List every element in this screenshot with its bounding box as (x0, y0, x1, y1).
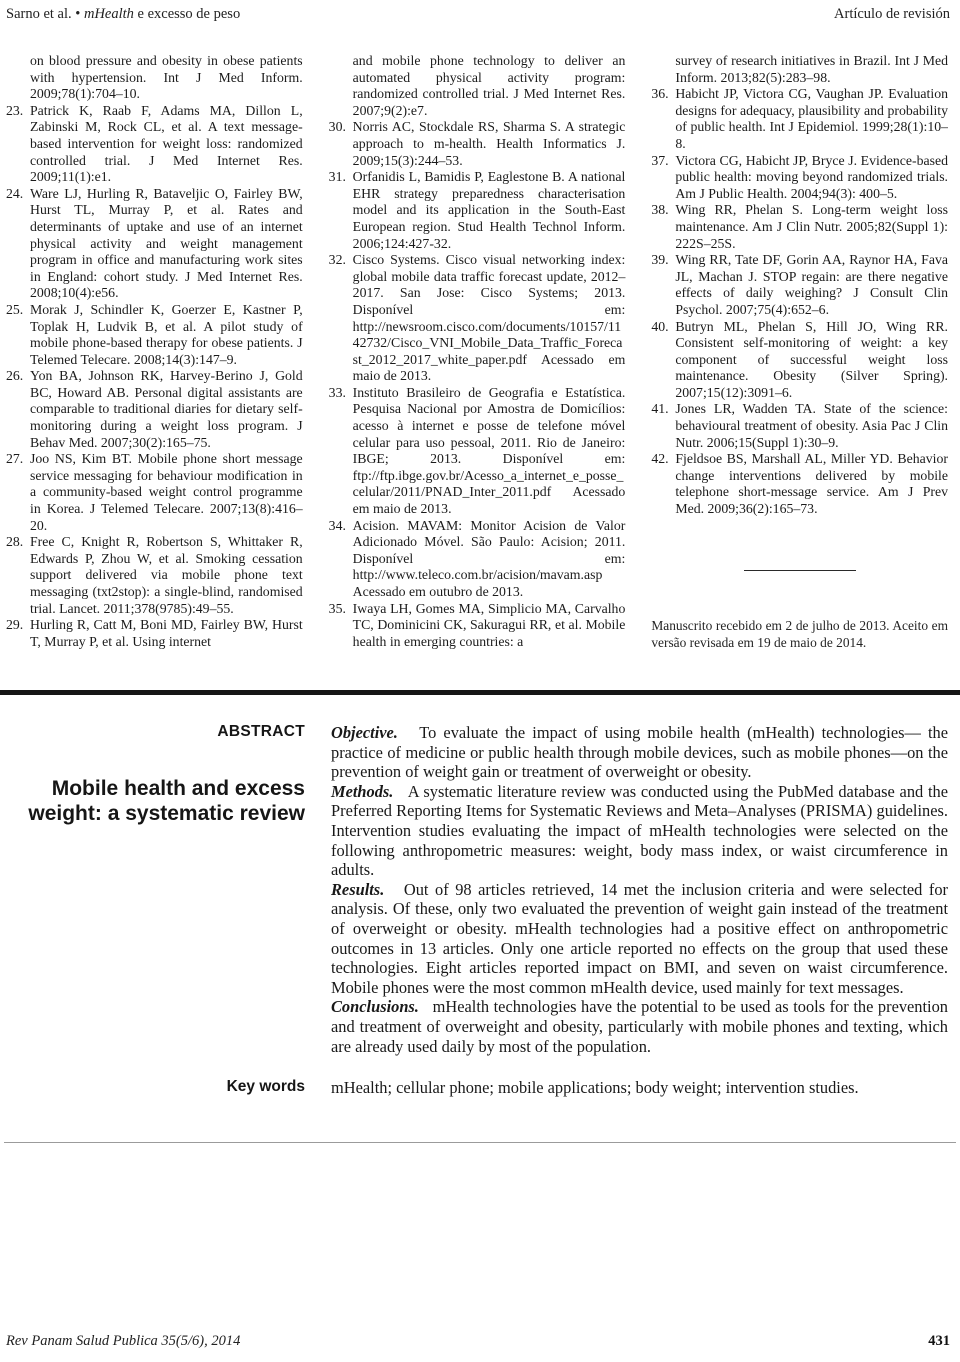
reference-number: 25. (6, 302, 30, 368)
paragraph-lead: Objective. (331, 723, 419, 742)
references-column-2: and mobile phone technology to deliver a… (329, 53, 626, 687)
reference-text: Ware LJ, Hurling R, Bataveljic O, Fairle… (30, 186, 303, 302)
section-divider-bar (0, 690, 960, 695)
reference-text: Free C, Knight R, Robertson S, Whittaker… (30, 534, 303, 617)
references-column-3: survey of research initiatives in Brazil… (651, 53, 948, 687)
reference-item: 26. Yon BA, Johnson RK, Harvey-Berino J,… (6, 368, 303, 451)
running-head-authors: Sarno et al. • (6, 6, 84, 22)
reference-list-1: 23. Patrick K, Raab F, Adams MA, Dillon … (6, 103, 303, 651)
reference-number: 35. (329, 601, 353, 651)
reference-number: 32. (329, 252, 353, 385)
reference-text: Patrick K, Raab F, Adams MA, Dillon L, Z… (30, 103, 303, 186)
reference-text: Cisco Systems. Cisco visual networking i… (353, 252, 626, 385)
references-section: on blood pressure and obesity in obese p… (6, 53, 948, 687)
reference-list-3: 36. Habicht JP, Victora CG, Vaughan JP. … (651, 86, 948, 517)
reference-text: Jones LR, Wadden TA. State of the scienc… (675, 401, 948, 451)
reference-continuation: on blood pressure and obesity in obese p… (30, 53, 303, 103)
reference-item: 39. Wing RR, Tate DF, Gorin AA, Raynor H… (651, 252, 948, 318)
reference-number: 40. (651, 319, 675, 402)
reference-number: 34. (329, 518, 353, 601)
abstract-left-column: ABSTRACT Mobile health and excess weight… (6, 723, 305, 1056)
reference-text: Acision. MAVAM: Monitor Acision de Valor… (353, 518, 626, 601)
footer-page-number: 431 (928, 1333, 950, 1350)
running-head-left: Sarno et al. • mHealth e excesso de peso (6, 6, 240, 23)
abstract-paragraph: Conclusions.mHealth technologies have th… (331, 997, 948, 1056)
reference-item: 28. Free C, Knight R, Robertson S, Whitt… (6, 534, 303, 617)
reference-number: 28. (6, 534, 30, 617)
abstract-label: ABSTRACT (6, 723, 305, 741)
reference-item: 29. Hurling R, Catt M, Boni MD, Fairley … (6, 617, 303, 650)
reference-number: 27. (6, 451, 30, 534)
reference-list-2: 30. Norris AC, Stockdale RS, Sharma S. A… (329, 119, 626, 650)
reference-continuation: and mobile phone technology to deliver a… (353, 53, 626, 119)
paragraph-lead: Results. (331, 880, 404, 899)
note-divider (744, 570, 856, 571)
reference-number: 26. (6, 368, 30, 451)
reference-item: 32. Cisco Systems. Cisco visual networki… (329, 252, 626, 385)
article-title-english: Mobile health and excess weight: a syste… (6, 776, 305, 826)
reference-number: 37. (651, 153, 675, 203)
reference-text: Victora CG, Habicht JP, Bryce J. Evidenc… (675, 153, 948, 203)
reference-item: 41. Jones LR, Wadden TA. State of the sc… (651, 401, 948, 451)
paragraph-text: To evaluate the impact of using mobile h… (331, 723, 948, 781)
reference-number: 42. (651, 451, 675, 517)
reference-item: 24. Ware LJ, Hurling R, Bataveljic O, Fa… (6, 186, 303, 302)
paragraph-text: A systematic literature review was condu… (331, 782, 948, 879)
keywords-text: mHealth; cellular phone; mobile applicat… (331, 1078, 948, 1098)
abstract-body: Objective.To evaluate the impact of usin… (331, 723, 948, 1056)
reference-number: 39. (651, 252, 675, 318)
footer-divider (4, 1142, 956, 1143)
article-title-line2: weight: a systematic review (6, 801, 305, 826)
reference-text: Norris AC, Stockdale RS, Sharma S. A str… (353, 119, 626, 169)
reference-number: 33. (329, 385, 353, 518)
reference-number: 24. (6, 186, 30, 302)
reference-text: Habicht JP, Victora CG, Vaughan JP. Eval… (675, 86, 948, 152)
paragraph-text: Out of 98 articles retrieved, 14 met the… (331, 880, 948, 997)
reference-item: 34. Acision. MAVAM: Monitor Acision de V… (329, 518, 626, 601)
reference-item: 42. Fjeldsoe BS, Marshall AL, Miller YD.… (651, 451, 948, 517)
reference-text: Joo NS, Kim BT. Mobile phone short messa… (30, 451, 303, 534)
reference-text: Wing RR, Phelan S. Long-term weight loss… (675, 202, 948, 252)
reference-text: Orfanidis L, Bamidis P, Eaglestone B. A … (353, 169, 626, 252)
reference-text: Instituto Brasileiro de Geografia e Esta… (353, 385, 626, 518)
reference-item: 25. Morak J, Schindler K, Goerzer E, Kas… (6, 302, 303, 368)
abstract-paragraph: Results.Out of 98 articles retrieved, 14… (331, 880, 948, 998)
abstract-paragraph: Methods.A systematic literature review w… (331, 782, 948, 880)
reference-item: 30. Norris AC, Stockdale RS, Sharma S. A… (329, 119, 626, 169)
running-head-right: Artículo de revisión (834, 6, 950, 23)
paragraph-lead: Conclusions. (331, 997, 433, 1016)
reference-number: 30. (329, 119, 353, 169)
article-title-line1: Mobile health and excess (6, 776, 305, 801)
reference-number: 31. (329, 169, 353, 252)
reference-item: 31. Orfanidis L, Bamidis P, Eaglestone B… (329, 169, 626, 252)
page-footer: Rev Panam Salud Publica 35(5/6), 2014 43… (6, 1333, 950, 1350)
received-note: Manuscrito recebido em 2 de julho de 201… (651, 617, 948, 651)
reference-item: 27. Joo NS, Kim BT. Mobile phone short m… (6, 451, 303, 534)
journal-page: Sarno et al. • mHealth e excesso de peso… (0, 0, 960, 1362)
reference-text: Wing RR, Tate DF, Gorin AA, Raynor HA, F… (675, 252, 948, 318)
reference-text: Butryn ML, Phelan S, Hill JO, Wing RR. C… (675, 319, 948, 402)
reference-item: 40. Butryn ML, Phelan S, Hill JO, Wing R… (651, 319, 948, 402)
reference-number: 41. (651, 401, 675, 451)
reference-number: 38. (651, 202, 675, 252)
running-head-title-italic: mHealth (84, 6, 134, 22)
running-head-title-rest: e excesso de peso (134, 6, 240, 22)
reference-item: 38. Wing RR, Phelan S. Long-term weight … (651, 202, 948, 252)
reference-text: Iwaya LH, Gomes MA, Simplicio MA, Carval… (353, 601, 626, 651)
paragraph-lead: Methods. (331, 782, 408, 801)
reference-number: 23. (6, 103, 30, 186)
abstract-paragraph: Objective.To evaluate the impact of usin… (331, 723, 948, 782)
footer-journal: Rev Panam Salud Publica 35(5/6), 2014 (6, 1333, 240, 1350)
running-head: Sarno et al. • mHealth e excesso de peso… (6, 6, 950, 23)
abstract-section: ABSTRACT Mobile health and excess weight… (6, 723, 948, 1098)
keywords-label: Key words (6, 1078, 305, 1098)
reference-item: 23. Patrick K, Raab F, Adams MA, Dillon … (6, 103, 303, 186)
reference-item: 35. Iwaya LH, Gomes MA, Simplicio MA, Ca… (329, 601, 626, 651)
reference-text: Hurling R, Catt M, Boni MD, Fairley BW, … (30, 617, 303, 650)
reference-text: Yon BA, Johnson RK, Harvey-Berino J, Gol… (30, 368, 303, 451)
reference-text: Morak J, Schindler K, Goerzer E, Kastner… (30, 302, 303, 368)
reference-continuation: survey of research initiatives in Brazil… (675, 53, 948, 86)
reference-text: Fjeldsoe BS, Marshall AL, Miller YD. Beh… (675, 451, 948, 517)
reference-item: 33. Instituto Brasileiro de Geografia e … (329, 385, 626, 518)
references-column-1: on blood pressure and obesity in obese p… (6, 53, 303, 687)
reference-number: 36. (651, 86, 675, 152)
reference-item: 36. Habicht JP, Victora CG, Vaughan JP. … (651, 86, 948, 152)
reference-number: 29. (6, 617, 30, 650)
reference-item: 37. Victora CG, Habicht JP, Bryce J. Evi… (651, 153, 948, 203)
